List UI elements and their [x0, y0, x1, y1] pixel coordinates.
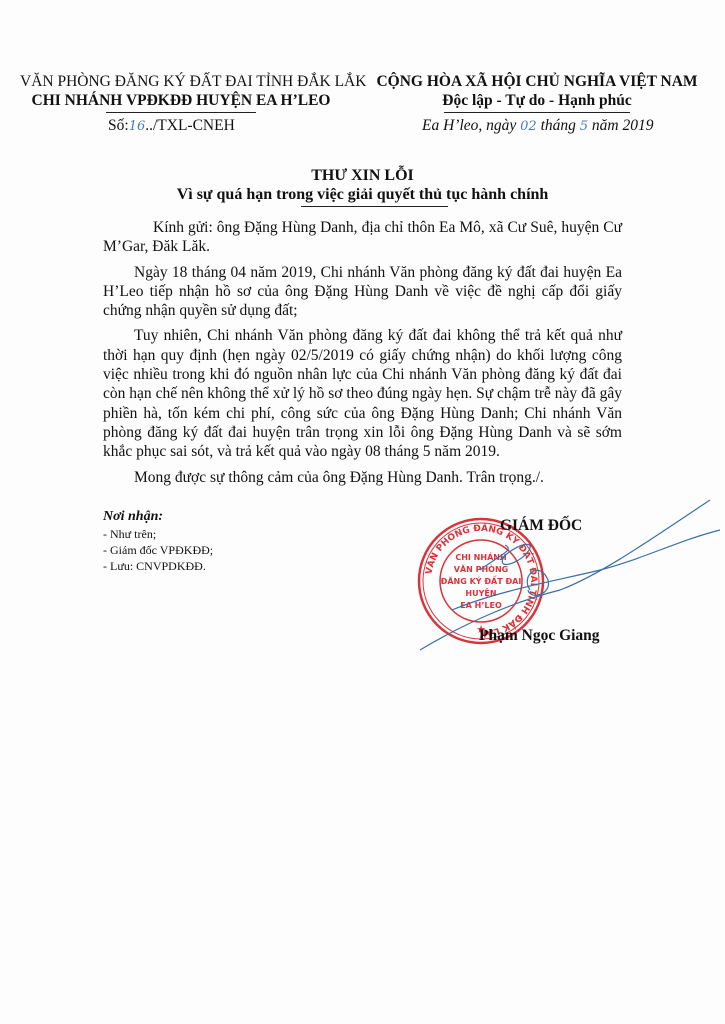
handwritten-day: 02: [520, 119, 537, 134]
svg-text:EA H’LEO: EA H’LEO: [460, 601, 502, 610]
branch-agency-name: CHI NHÁNH VPĐKĐĐ HUYỆN EA H’LEO: [20, 91, 342, 110]
date-year: năm 2019: [588, 117, 653, 134]
salutation-paragraph: Kính gửi: ông Đặng Hùng Danh, địa chỉ th…: [103, 218, 622, 257]
national-title: CỘNG HÒA XÃ HỘI CHỦ NGHĨA VIỆT NAM: [372, 72, 702, 91]
motto-divider: [444, 112, 630, 113]
handwritten-number: 16: [129, 119, 146, 134]
svg-text:CHI NHÁNH: CHI NHÁNH: [455, 551, 506, 562]
number-suffix: ../TXL-CNEH: [145, 117, 235, 134]
parent-agency-name: VĂN PHÒNG ĐĂNG KÝ ĐẤT ĐAI TỈNH ĐẮK LẮK: [20, 72, 342, 91]
recipients-title: Nơi nhận:: [103, 508, 213, 526]
signer-position: GIÁM ĐỐC: [500, 517, 582, 535]
agency-header: VĂN PHÒNG ĐĂNG KÝ ĐẤT ĐAI TỈNH ĐẮK LẮK C…: [20, 72, 342, 113]
recipients-block: Nơi nhận: - Như trên; - Giám đốc VPĐKĐĐ;…: [103, 508, 213, 574]
national-motto: Độc lập - Tự do - Hạnh phúc: [372, 91, 702, 110]
document-date: Ea H’leo, ngày 02 tháng 5 năm 2019: [422, 117, 653, 135]
body-paragraph: Tuy nhiên, Chi nhánh Văn phòng đăng ký đ…: [103, 326, 622, 461]
recipient-item: - Lưu: CNVPDKĐĐ.: [103, 558, 213, 574]
document-page: VĂN PHÒNG ĐĂNG KÝ ĐẤT ĐAI TỈNH ĐẮK LẮK C…: [0, 0, 725, 1024]
date-place: Ea H’leo, ngày: [422, 117, 520, 134]
letter-subtitle: Vì sự quá hạn trong việc giải quyết thủ …: [0, 186, 725, 204]
handwritten-month: 5: [580, 119, 588, 134]
subtitle-divider: [301, 206, 448, 207]
signer-name: Phạm Ngọc Giang: [479, 627, 600, 645]
recipient-item: - Như trên;: [103, 526, 213, 542]
svg-text:HUYỆN: HUYỆN: [465, 588, 496, 598]
letter-title: THƯ XIN LỖI: [0, 167, 725, 185]
letter-body: Kính gửi: ông Đặng Hùng Danh, địa chỉ th…: [103, 218, 622, 493]
national-header: CỘNG HÒA XÃ HỘI CHỦ NGHĨA VIỆT NAM Độc l…: [372, 72, 702, 113]
svg-text:VĂN PHÒNG: VĂN PHÒNG: [454, 563, 508, 574]
header-divider: [106, 112, 256, 113]
document-number: Số:16../TXL-CNEH: [108, 117, 235, 135]
recipient-item: - Giám đốc VPĐKĐĐ;: [103, 542, 213, 558]
month-label: tháng: [541, 117, 580, 134]
number-prefix: Số:: [108, 117, 129, 134]
body-paragraph: Ngày 18 tháng 04 năm 2019, Chi nhánh Văn…: [103, 263, 622, 321]
svg-text:ĐĂNG KÝ ĐẤT ĐAI: ĐĂNG KÝ ĐẤT ĐAI: [441, 574, 522, 586]
closing-paragraph: Mong được sự thông cảm của ông Đặng Hùng…: [103, 468, 622, 487]
